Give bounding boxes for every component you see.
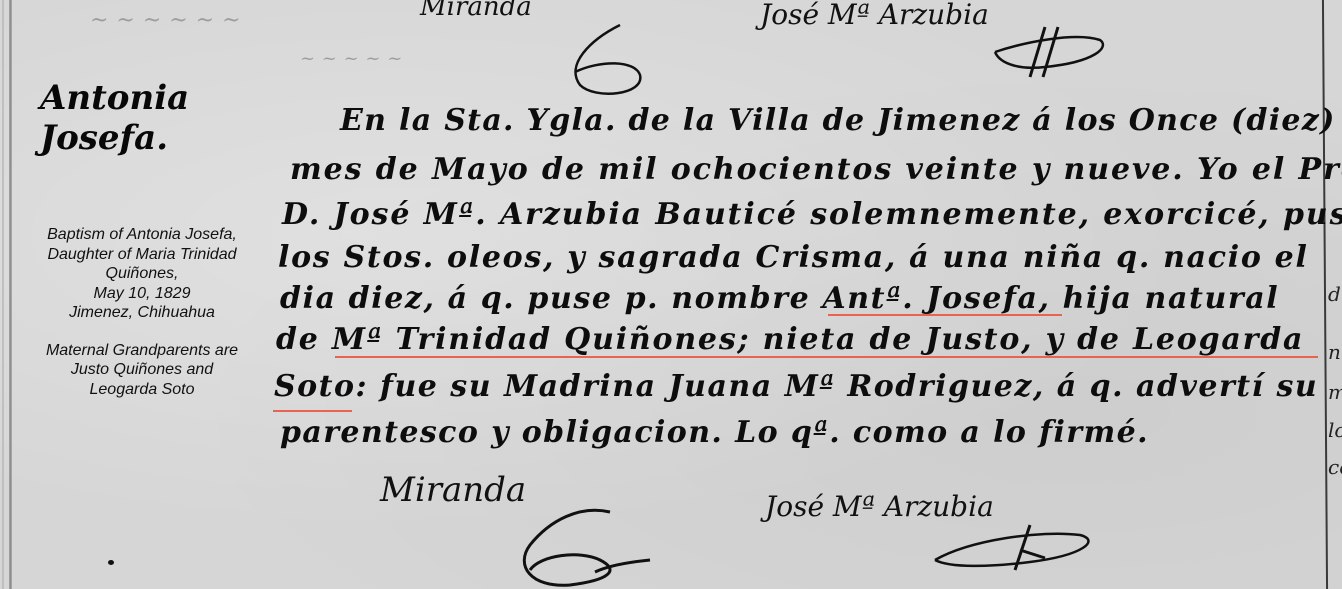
highlight-underline-child-name	[828, 314, 1062, 316]
adjacent-page-fragment: lo	[1328, 418, 1342, 442]
bleed-through-text: ~ ~ ~ ~ ~	[300, 48, 403, 69]
top-signature-left: Miranda	[420, 0, 532, 22]
manuscript-line-5: dia diez, á q. puse p. nombre Antª. Jose…	[280, 284, 1279, 314]
rubric-flourish-arzubia	[920, 520, 1110, 580]
margin-name-line-1: Antonia	[40, 78, 189, 118]
manuscript-line-1: En la Sta. Ygla. de la Villa de Jimenez …	[340, 106, 1342, 136]
annotation-line: Jimenez, Chihuahua	[22, 303, 262, 323]
annotation-line: May 10, 1829	[22, 284, 262, 304]
top-rubric-flourish-right	[985, 22, 1115, 82]
annotation-line: Daughter of Maria Trinidad	[22, 245, 262, 265]
manuscript-line-2: mes de Mayo de mil ochocientos veinte y …	[290, 155, 1342, 185]
ink-spot	[108, 560, 114, 565]
adjacent-page-fragment: m	[1328, 380, 1342, 404]
margin-baptized-name: Antonia Josefa.	[40, 78, 189, 158]
manuscript-line-8: parentesco y obligacion. Lo qª. como a l…	[280, 418, 1149, 448]
manuscript-line-3: D. José Mª. Arzubia Bauticé solemnemente…	[282, 200, 1342, 230]
annotation-line: Baptism of Antonia Josefa,	[22, 225, 262, 245]
manuscript-line-7: Soto: fue su Madrina Juana Mª Rodriguez,…	[274, 372, 1318, 402]
top-signature-right: José Mª Arzubia	[760, 0, 989, 31]
english-annotation: Baptism of Antonia Josefa, Daughter of M…	[22, 225, 262, 399]
margin-name-line-2: Josefa.	[40, 118, 189, 158]
page-binding-edge	[2, 0, 4, 589]
annotation-line: Maternal Grandparents are	[22, 341, 262, 361]
manuscript-line-4: los Stos. oleos, y sagrada Crisma, á una…	[278, 243, 1309, 273]
bleed-through-text: ~ ~ ~ ~ ~ ~	[90, 8, 241, 33]
annotation-spacer	[22, 323, 262, 341]
manuscript-line-6: de Mª Trinidad Quiñones; nieta de Justo,…	[276, 325, 1304, 355]
rubric-flourish-miranda	[500, 500, 720, 589]
highlight-underline-mother-grandparents	[335, 356, 1318, 358]
top-rubric-flourish-left	[560, 20, 660, 100]
adjacent-page-fragment: d	[1328, 282, 1341, 306]
annotation-line: Justo Quiñones and	[22, 360, 262, 380]
highlight-underline-soto	[273, 410, 352, 412]
annotation-line: Quiñones,	[22, 264, 262, 284]
annotation-line: Leogarda Soto	[22, 380, 262, 400]
signature-jose-arzubia: José Mª Arzubia	[765, 490, 994, 523]
adjacent-page-fragment: n	[1328, 340, 1341, 364]
page-binding-line	[9, 0, 12, 589]
document-page: ~ ~ ~ ~ ~ ~ ~ ~ ~ ~ ~ Miranda José Mª Ar…	[0, 0, 1342, 589]
adjacent-page-fragment: co	[1328, 455, 1342, 479]
